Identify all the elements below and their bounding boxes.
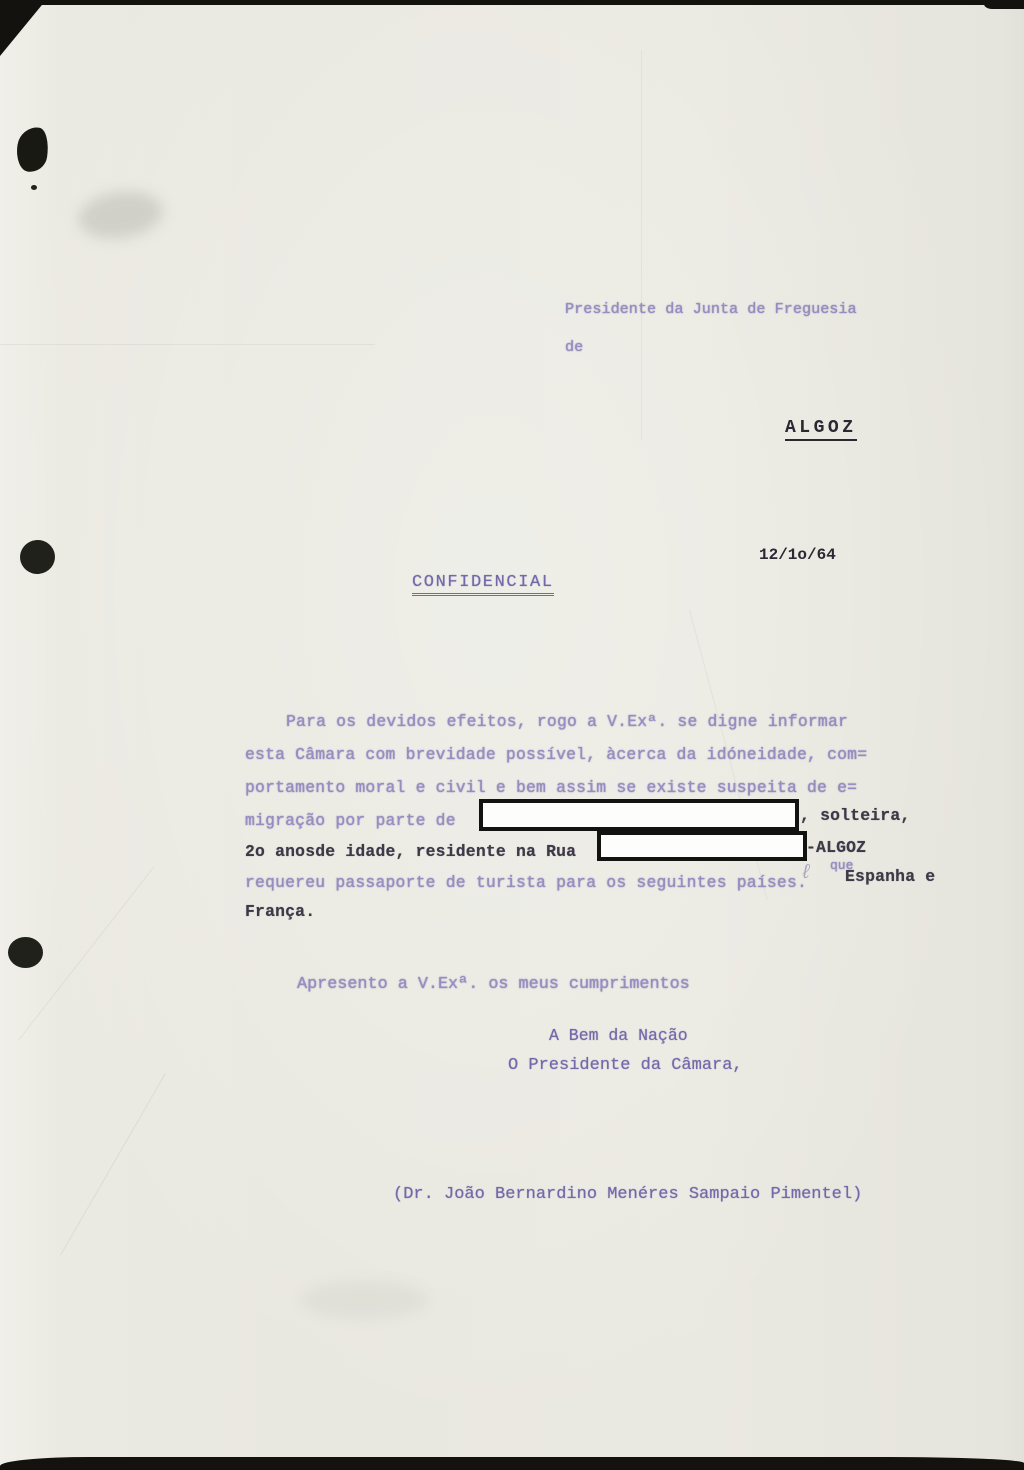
- recipient-of: de: [565, 338, 583, 356]
- scan-edge-top: [0, 0, 1024, 5]
- scan-edge-top-right: [984, 0, 1024, 9]
- paper-crease: [0, 344, 375, 345]
- redaction-box-address: [597, 831, 807, 861]
- pen-flourish: ℓ: [800, 862, 812, 885]
- recipient-title: Presidente da Junta de Freguesia: [565, 300, 857, 318]
- body-line-5-prefix: 2o anosde idade, residente na Rua: [245, 842, 576, 861]
- paper-crease: [641, 50, 642, 440]
- closing-signer-title: O Presidente da Câmara,: [508, 1056, 743, 1075]
- body-line-5-suffix: -ALGOZ: [806, 838, 866, 857]
- body-line-1: Para os devidos efeitos, rogo a V.Exª. s…: [286, 712, 848, 731]
- ink-speck: [31, 185, 37, 190]
- ink-smudge: [300, 1280, 430, 1320]
- classification-stamp: CONFIDENCIAL: [412, 573, 554, 592]
- body-line-4-suffix: , solteira,: [800, 806, 910, 825]
- recipient-locality: ALGOZ: [785, 418, 857, 438]
- punch-hole: [18, 538, 56, 575]
- body-line-7: França.: [245, 902, 315, 921]
- redaction-box-name: [479, 799, 799, 831]
- punch-hole: [8, 937, 43, 968]
- date: 12/1o/64: [759, 546, 836, 564]
- body-line-6-added: Espanha e: [845, 867, 935, 886]
- ink-smudge: [75, 186, 166, 243]
- closing-signer-name: (Dr. João Bernardino Menéres Sampaio Pim…: [393, 1185, 862, 1204]
- paper-crease: [60, 1073, 166, 1255]
- body-line-3: portamento moral e civil e bem assim se …: [245, 778, 857, 797]
- closing-salutation: Apresento a V.Exª. os meus cumprimentos: [297, 975, 690, 994]
- closing-motto: A Bem da Nação: [549, 1026, 688, 1045]
- body-line-6-main: requereu passaporte de turista para os s…: [245, 873, 807, 892]
- scanned-letter-page: Presidente da Junta de Freguesia de ALGO…: [0, 0, 1024, 1470]
- body-line-4-prefix: migração por parte de: [245, 811, 456, 830]
- body-line-2: esta Câmara com brevidade possível, àcer…: [245, 745, 867, 764]
- ink-blot: [14, 125, 51, 174]
- folded-corner-shadow: [0, 0, 46, 56]
- scan-edge-bottom: [0, 1457, 1024, 1470]
